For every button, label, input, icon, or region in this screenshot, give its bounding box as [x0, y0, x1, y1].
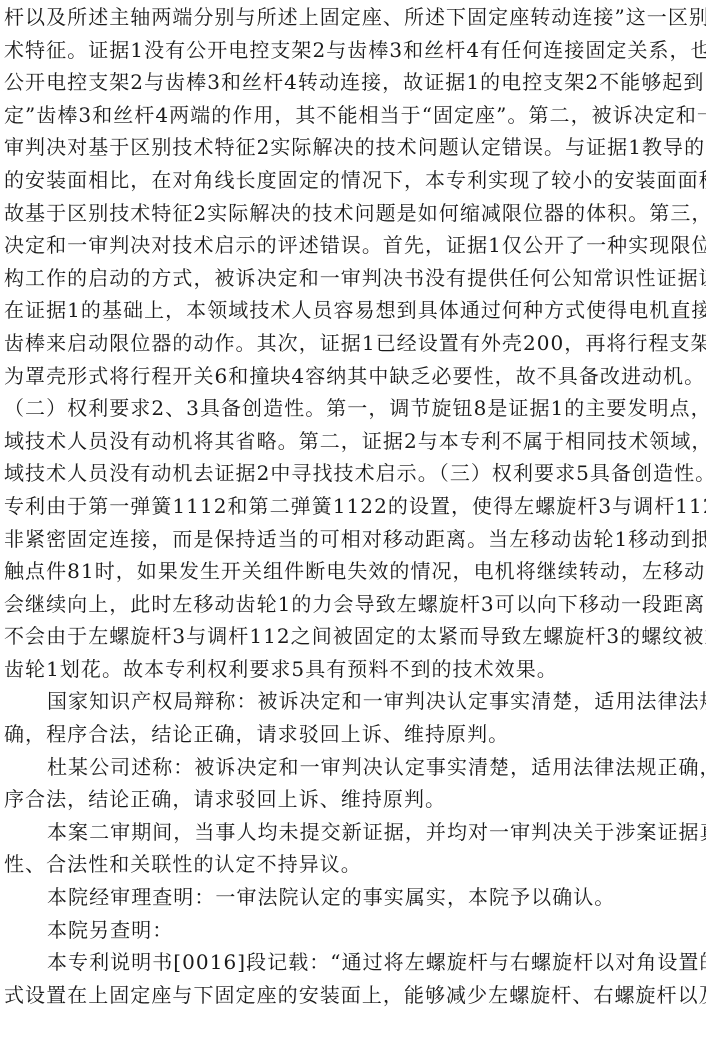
text-line: 域技术人员没有动机去证据2中寻找技术启示。（三）权利要求5具备创造性。本 — [4, 457, 706, 490]
text-line: 会继续向上，此时左移动齿轮1的力会导致左螺旋杆3可以向下移动一段距离，而 — [4, 588, 706, 621]
text-line: 公开电控支架2与齿棒3和丝杆4转动连接，故证据1的电控支架2不能够起到“固 — [4, 66, 706, 99]
text-line: 不会由于左螺旋杆3与调杆112之间被固定的太紧而导致左螺旋杆3的螺纹被左移动 — [4, 620, 706, 653]
text-line: 专利由于第一弹簧1112和第二弹簧1122的设置，使得左螺旋杆3与调杆112之间… — [4, 490, 706, 523]
text-line: 齿棒来启动限位器的动作。其次，证据1已经设置有外壳200，再将行程支架1设置 — [4, 327, 706, 360]
document-page: 杆以及所述主轴两端分别与所述上固定座、所述下固定座转动连接”这一区别技 术特征。… — [4, 0, 706, 1011]
paragraph-start-line: 国家知识产权局辩称：被诉决定和一审判决认定事实清楚，适用法律法规正 — [4, 685, 706, 718]
text-line: 故基于区别技术特征2实际解决的技术问题是如何缩减限位器的体积。第三，被诉 — [4, 197, 706, 230]
paragraph-start-line: 本院另查明： — [4, 914, 706, 947]
text-line: 确，程序合法，结论正确，请求驳回上诉、维持原判。 — [4, 718, 706, 751]
paragraph-start-line: 本院经审理查明：一审法院认定的事实属实，本院予以确认。 — [4, 881, 706, 914]
text-line: 非紧密固定连接，而是保持适当的可相对移动距离。当左移动齿轮1移动到抵接左 — [4, 523, 706, 556]
text-line: 式设置在上固定座与下固定座的安装面上，能够减少左螺旋杆、右螺旋杆以及主 — [4, 979, 706, 1012]
text-line: 触点件81时，如果发生开关组件断电失效的情况，电机将继续转动，左移动齿轮1 — [4, 555, 706, 588]
text-line: 齿轮1划花。故本专利权利要求5具有预料不到的技术效果。 — [4, 653, 706, 686]
text-line: 定”齿棒3和丝杆4两端的作用，其不能相当于“固定座”。第二，被诉决定和一 — [4, 99, 706, 132]
paragraph-start-line: 本专利说明书[0016]段记载：“通过将左螺旋杆与右螺旋杆以对角设置的方 — [4, 946, 706, 979]
text-line: 杆以及所述主轴两端分别与所述上固定座、所述下固定座转动连接”这一区别技 — [4, 1, 706, 34]
text-line: 域技术人员没有动机将其省略。第二，证据2与本专利不属于相同技术领域，本领 — [4, 425, 706, 458]
text-line: 在证据1的基础上，本领域技术人员容易想到具体通过何种方式使得电机直接驱动 — [4, 294, 706, 327]
text-line: 为罩壳形式将行程开关6和撞块4容纳其中缺乏必要性，故不具备改进动机。 — [4, 360, 706, 393]
paragraph-start-line: 本案二审期间，当事人均未提交新证据，并均对一审判决关于涉案证据真实 — [4, 816, 706, 849]
paragraph-start-line: 杜某公司述称：被诉决定和一审判决认定事实清楚，适用法律法规正确，程 — [4, 751, 706, 784]
text-line: 决定和一审判决对技术启示的评述错误。首先，证据1仅公开了一种实现限位器结 — [4, 229, 706, 262]
text-line: 的安装面相比，在对角线长度固定的情况下，本专利实现了较小的安装面面积， — [4, 164, 706, 197]
text-line: 审判决对基于区别技术特征2实际解决的技术问题认定错误。与证据1教导的圆形 — [4, 131, 706, 164]
text-line: 序合法，结论正确，请求驳回上诉、维持原判。 — [4, 783, 706, 816]
text-line: （二）权利要求2、3具备创造性。第一，调节旋钮8是证据1的主要发明点，本领 — [4, 392, 706, 425]
text-line: 术特征。证据1没有公开电控支架2与齿棒3和丝杆4有任何连接固定关系，也没有 — [4, 34, 706, 67]
text-line: 性、合法性和关联性的认定不持异议。 — [4, 848, 706, 881]
text-line: 构工作的启动的方式，被诉决定和一审判决书没有提供任何公知常识性证据证明 — [4, 262, 706, 295]
